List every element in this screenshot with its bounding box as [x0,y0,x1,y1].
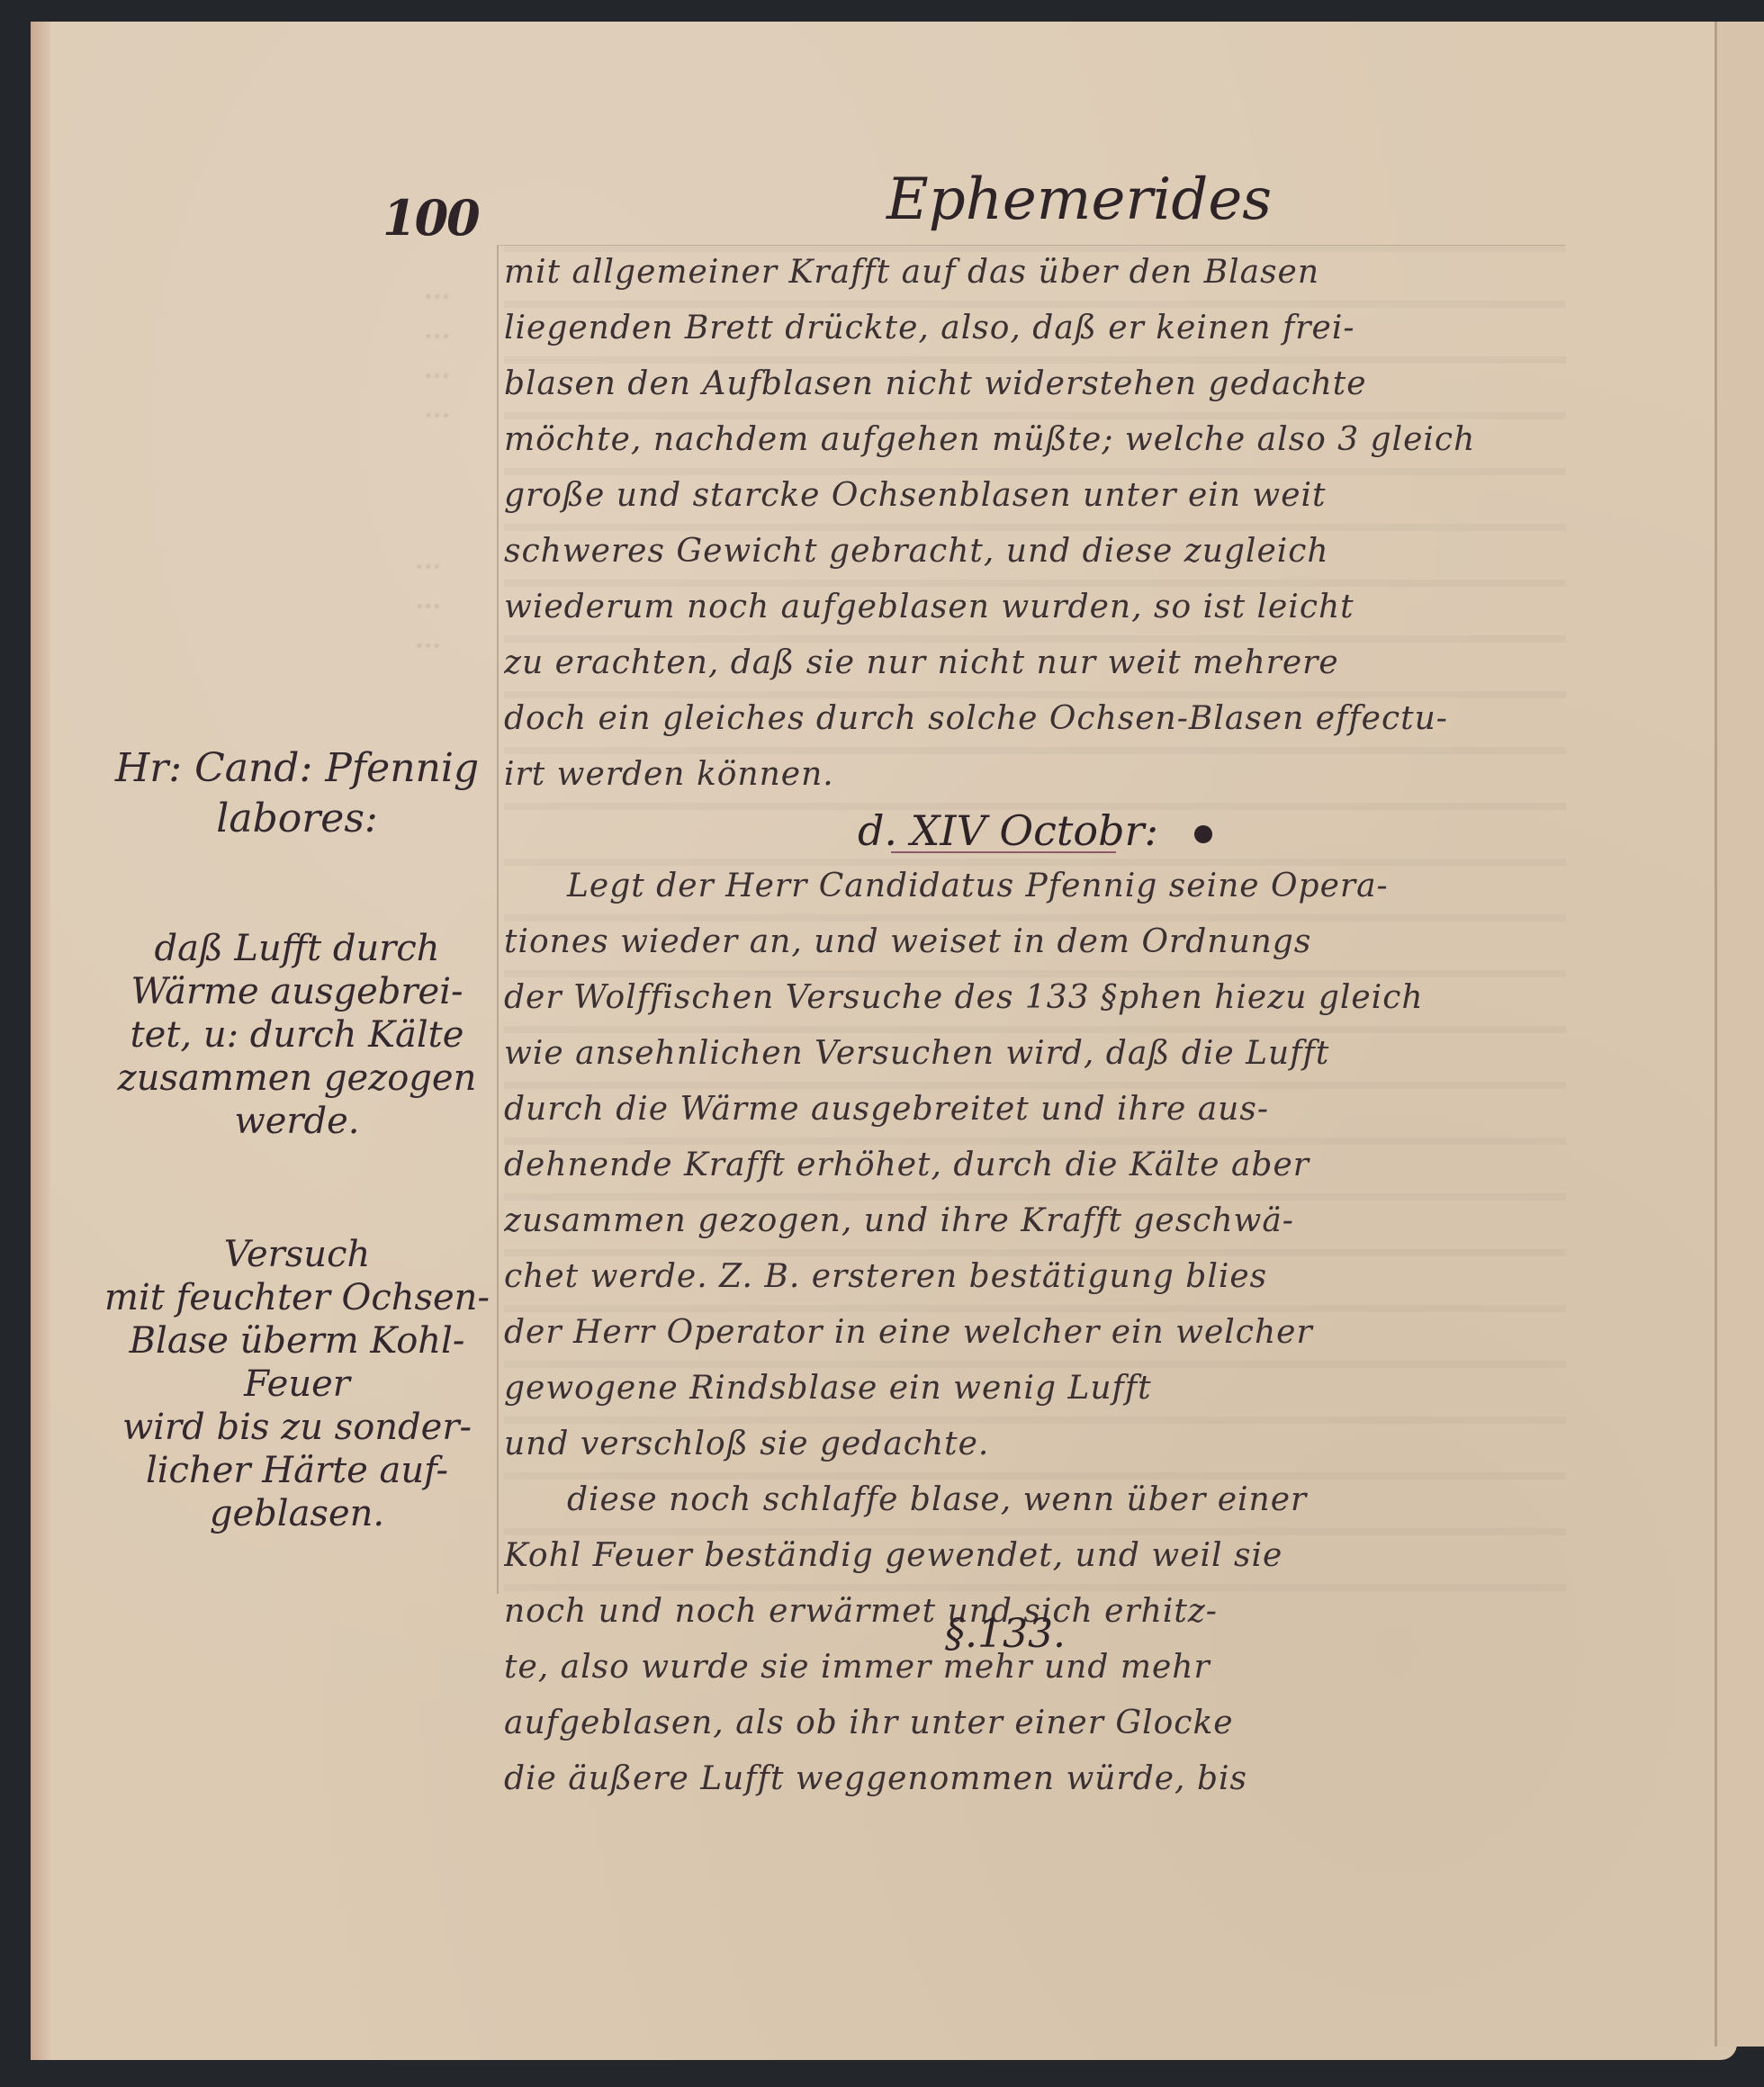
manuscript-line: blasen den Aufblasen nicht widerstehen g… [504,356,1566,412]
ink-blot-icon [1194,825,1212,843]
margin-note-line: Versuch [99,1233,495,1276]
margin-note-pfennig-labores: Hr: Cand: Pfennig labores: [99,743,495,844]
margin-note-line: tet, u: durch Kälte [99,1013,495,1057]
margin-note-line: Wärme ausgebrei- [99,970,495,1013]
manuscript-line: der Wolffischen Versuche des 133 §phen h… [504,970,1566,1026]
manuscript-line: mit allgemeiner Krafft auf das über den … [504,245,1566,301]
show-through-line: ... [153,619,441,659]
manuscript-line: wie ansehnlichen Versuchen wird, daß die… [504,1026,1566,1082]
margin-note-line: labores: [99,794,495,844]
show-through-line: ... [153,580,441,619]
manuscript-line: tiones wieder an, und weiset in dem Ordn… [504,914,1566,970]
date-heading: d. XIV Octobr: [504,803,1566,859]
margin-note-line: zusammen gezogen [99,1057,495,1100]
margin-note-line: daß Lufft durch [99,927,495,970]
page-edge [31,22,50,2060]
margin-note-line: geblasen. [99,1492,495,1535]
date-heading-text: d. XIV Octobr: [858,806,1158,855]
adjacent-page-edge [1717,22,1764,2047]
margin-note-line: licher Härte auf- [99,1449,495,1492]
manuscript-line: der Herr Operator in eine welcher ein we… [504,1305,1566,1361]
show-through-line: ... [153,540,441,580]
manuscript-line: chet werde. Z. B. ersteren bestätigung b… [504,1249,1566,1305]
manuscript-line: wiederum noch aufgeblasen wurden, so ist… [504,580,1566,635]
manuscript-line: dehnende Krafft erhöhet, durch die Kälte… [504,1138,1566,1193]
show-through-text-upper: ... ... ... ... [144,270,450,428]
manuscript-line: irt werden können. [504,747,1566,803]
show-through-line: ... [144,310,450,349]
margin-note-line: wird bis zu sonder- [99,1406,495,1449]
manuscript-line: zu erachten, daß sie nur nicht nur weit … [504,635,1566,691]
manuscript-line: gewogene Rindsblase ein wenig Lufft [504,1361,1566,1417]
manuscript-line: Kohl Feuer beständig gewendet, und weil … [504,1528,1566,1584]
date-underline [891,851,1116,853]
manuscript-line: diese noch schlaffe blase, wenn über ein… [504,1472,1566,1528]
page-number: 100 [382,189,479,247]
margin-note-line: Feuer [99,1363,495,1406]
margin-note-line: Blase überm Kohl- [99,1319,495,1363]
section-mark: §.133. [945,1611,1066,1657]
main-text-block: mit allgemeiner Krafft auf das über den … [504,245,1566,1807]
manuscript-line: zusammen gezogen, und ihre Krafft geschw… [504,1193,1566,1249]
manuscript-line: aufgeblasen, als ob ihr unter einer Gloc… [504,1696,1566,1751]
manuscript-line: schweres Gewicht gebracht, und diese zug… [504,524,1566,580]
show-through-line: ... [144,349,450,389]
margin-note-line: mit feuchter Ochsen- [99,1276,495,1319]
manuscript-line: und verschloß sie gedachte. [504,1417,1566,1472]
manuscript-line: liegenden Brett drückte, also, daß er ke… [504,301,1566,356]
manuscript-line: große und starcke Ochsenblasen unter ein… [504,468,1566,524]
manuscript-line: möchte, nachdem aufgehen müßte; welche a… [504,412,1566,468]
manuscript-line: doch ein gleiches durch solche Ochsen-Bl… [504,691,1566,747]
margin-note-line: werde. [99,1100,495,1143]
manuscript-line: durch die Wärme ausgebreitet und ihre au… [504,1082,1566,1138]
show-through-line: ... [144,389,450,428]
margin-note-line: Hr: Cand: Pfennig [99,743,495,794]
running-title: Ephemerides [886,166,1272,233]
show-through-line: ... [144,270,450,310]
manuscript-line: Legt der Herr Candidatus Pfennig seine O… [504,859,1566,914]
margin-note-luft-waerme-kaelte: daß Lufft durch Wärme ausgebrei- tet, u:… [99,927,495,1143]
margin-note-versuch-ochsenblase: Versuch mit feuchter Ochsen- Blase überm… [99,1233,495,1535]
manuscript-line: die äußere Lufft weggenommen würde, bis [504,1751,1566,1807]
show-through-text-lower: ... ... ... [153,540,441,659]
